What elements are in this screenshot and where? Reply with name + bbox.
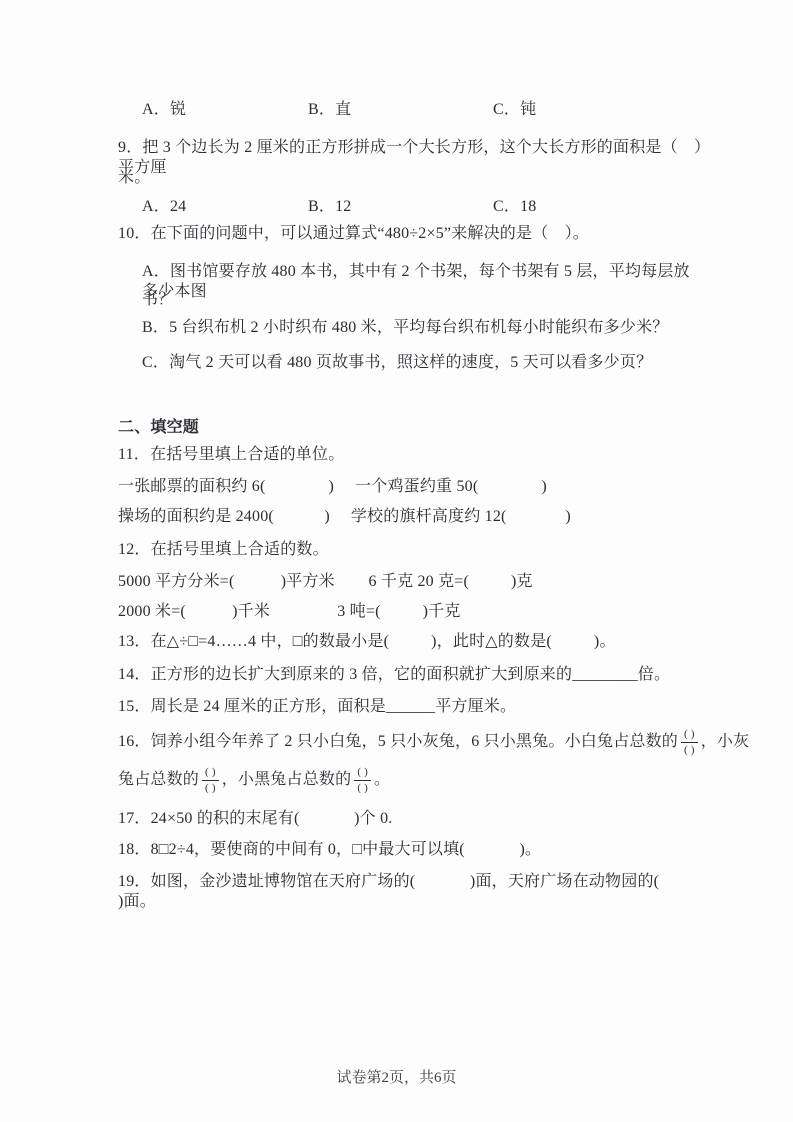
fraction-denominator-blank: ( )	[681, 743, 698, 757]
q16-text-segment: 。	[374, 770, 390, 790]
fraction-denominator-blank: ( )	[354, 781, 371, 795]
question-16-line-2: 兔占总数的 ( ) ( ) ，小黑兔占总数的 ( ) ( ) 。	[118, 760, 703, 800]
question-12-row-2: 2000 米=( )千米 3 吨=( )千克	[118, 602, 703, 622]
question-11-row-1: 一张邮票的面积约 6( ) 一个鸡蛋约重 50( )	[118, 477, 703, 497]
q16-text-segment: ，小黑兔占总数的	[222, 770, 352, 790]
blank-fraction: ( ) ( )	[202, 766, 219, 795]
fraction-numerator-blank: ( )	[681, 728, 698, 743]
q9-option-b: B．12	[308, 197, 493, 217]
q8-option-c: C．钝	[493, 100, 536, 120]
question-11-stem: 11．在括号里填上合适的单位。	[118, 445, 703, 465]
q8-option-a: A．锐	[142, 100, 308, 120]
question-13: 13．在△÷□=4……4 中，□的数最小是( )，此时△的数是( )。	[118, 632, 703, 652]
q16-text-segment: 16．饲养小组今年养了 2 只小白兔，5 只小灰兔，6 只小黑兔。小白兔占总数的	[118, 732, 678, 752]
q16-text-segment: ，小灰	[701, 732, 750, 752]
q8-options-row: A．锐 B．直 C．钝	[142, 100, 703, 120]
q16-text-segment: 兔占总数的	[118, 770, 199, 790]
q10-option-b: B．5 台织布机 2 小时织布 480 米，平均每台织布机每小时能织布多少米？	[142, 318, 703, 338]
question-18: 18．8□2÷4，要使商的中间有 0，□中最大可以填( )。	[118, 840, 703, 860]
question-14: 14．正方形的边长扩大到原来的 3 倍，它的面积就扩大到原来的________倍…	[118, 665, 703, 685]
section-2-title: 二、填空题	[118, 418, 703, 438]
question-12-stem: 12．在括号里填上合适的数。	[118, 540, 703, 560]
question-16-line-1: 16．饲养小组今年养了 2 只小白兔，5 只小灰兔，6 只小黑兔。小白兔占总数的…	[118, 722, 703, 762]
question-9-line-2: 米。	[118, 168, 703, 188]
exam-paper-page: A．锐 B．直 C．钝 9．把 3 个边长为 2 厘米的正方形拼成一个大长方形，…	[0, 0, 793, 1122]
q10-option-c: C．淘气 2 天可以看 480 页故事书，照这样的速度，5 天可以看多少页？	[142, 353, 703, 373]
q10-option-a-line-2: 书？	[142, 290, 703, 310]
fraction-numerator-blank: ( )	[354, 766, 371, 781]
question-15: 15．周长是 24 厘米的正方形，面积是______平方厘米。	[118, 697, 703, 717]
q9-option-c: C．18	[493, 197, 536, 217]
question-11-row-2: 操场的面积约是 2400( ) 学校的旗杆高度约 12( )	[118, 507, 703, 527]
fraction-numerator-blank: ( )	[202, 766, 219, 781]
blank-fraction: ( ) ( )	[681, 728, 698, 757]
question-12-row-1: 5000 平方分米=( )平方米 6 千克 20 克=( )克	[118, 572, 703, 592]
blank-fraction: ( ) ( )	[354, 766, 371, 795]
q9-options-row: A．24 B．12 C．18	[142, 197, 703, 217]
fraction-denominator-blank: ( )	[202, 781, 219, 795]
q8-option-b: B．直	[308, 100, 493, 120]
question-17: 17．24×50 的积的末尾有( )个 0.	[118, 809, 703, 829]
question-19: 19．如图，金沙遗址博物馆在天府广场的( )面，天府广场在动物园的( )面。	[118, 872, 703, 912]
question-10-stem: 10．在下面的问题中，可以通过算式“480÷2×5”来解决的是（ ）。	[118, 224, 703, 244]
q9-option-a: A．24	[142, 197, 308, 217]
page-number-footer: 试卷第2页，共6页	[0, 1068, 793, 1088]
